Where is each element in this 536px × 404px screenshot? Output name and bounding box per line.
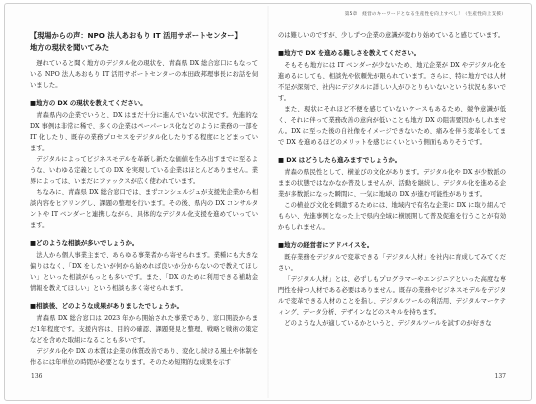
section-heading: ■地方の経営者にアドバイスを。 <box>278 240 506 251</box>
body-paragraph: どのような人が適しているかというと、デジタルツールを試すのが好きな <box>278 318 506 329</box>
intro-paragraph: 遅れていると聞く地方のデジタル化の現状を、青森県 DX 総合窓口にもなっている … <box>30 58 258 91</box>
section-heading: ■ DX はどうしたら進みますでしょうか。 <box>278 155 506 166</box>
page-gutter <box>267 6 269 398</box>
body-paragraph: 青森の県民性として、横並びの文化があります。デジタル化や DX が少数派のままの… <box>278 167 506 200</box>
body-paragraph: デジタル化や DX の本質は企業の体質改善であり、変化し続ける風土や体制を作るに… <box>30 346 258 368</box>
section-heading: ■地方の DX の現状を教えてください。 <box>30 98 258 109</box>
body-paragraph: デジタルによってビジネスモデルを革新し新たな価値を生み出すまでに至るような、いわ… <box>30 154 258 187</box>
body-paragraph: ちなみに、青森県 DX 総合窓口では、まずコンシェルジュが支援先企業から相談内容… <box>30 187 258 231</box>
page-number-left: 136 <box>31 373 42 380</box>
page-right: のは難しいのですが、少しずつ企業の意識が変わり始めていると感じています。 ■地方… <box>278 30 506 329</box>
continuation-paragraph: のは難しいのですが、少しずつ企業の意識が変わり始めていると感じています。 <box>278 30 506 41</box>
page-number-right: 137 <box>278 373 506 380</box>
body-paragraph: 既存業務をデジタルで変革できる「デジタル人材」を社内に育成してみてください。 <box>278 252 506 274</box>
interview-title-line2: 地方の現状を聞いてみた <box>30 42 258 54</box>
interview-title-line1: 【現場からの声：NPO 法人あおもり IT 活用サポートセンター】 <box>30 31 242 40</box>
body-paragraph: そもそも地方には IT ベンダーが少ないため、地元企業が DX やデジタル化を進… <box>278 60 506 104</box>
body-paragraph: また、現状にそれほど不便を感じていないケースもあるため、競争意識が低く、それに伴… <box>278 104 506 148</box>
interview-title: 【現場からの声：NPO 法人あおもり IT 活用サポートセンター】 地方の現状を… <box>30 30 258 54</box>
body-paragraph: 青森県 DX 総合窓口は 2023 年から開始された事業であり、窓口開設からまだ… <box>30 313 258 346</box>
running-head: 第5章 経営のキーワードとなる生産性を向上すべし！（生産性向上支援） <box>278 11 506 17</box>
section-heading: ■どのような相談が多いでしょうか。 <box>30 238 258 249</box>
body-paragraph: 「デジタル人材」とは、必ずしもプログラマーやエンジニアといった高度な専門性を持つ… <box>278 274 506 318</box>
section-heading: ■地方で DX を進める難しさを教えてください。 <box>278 48 506 59</box>
body-paragraph: 法人から個人事業主まで、あらゆる事業者から寄せられます。業種にも大きな偏りはなく… <box>30 250 258 294</box>
body-paragraph: 青森県内の企業でいうと、DX はまだ十分に進んでいない状況です。先進的な DX … <box>30 110 258 154</box>
body-paragraph: この横並び文化を刺激するためには、地域内で有名な企業に DX に取り組んでもらい… <box>278 200 506 233</box>
page-left: 【現場からの声：NPO 法人あおもり IT 活用サポートセンター】 地方の現状を… <box>30 30 258 368</box>
section-heading: ■相談後、どのような成果がありましたでしょうか。 <box>30 301 258 312</box>
